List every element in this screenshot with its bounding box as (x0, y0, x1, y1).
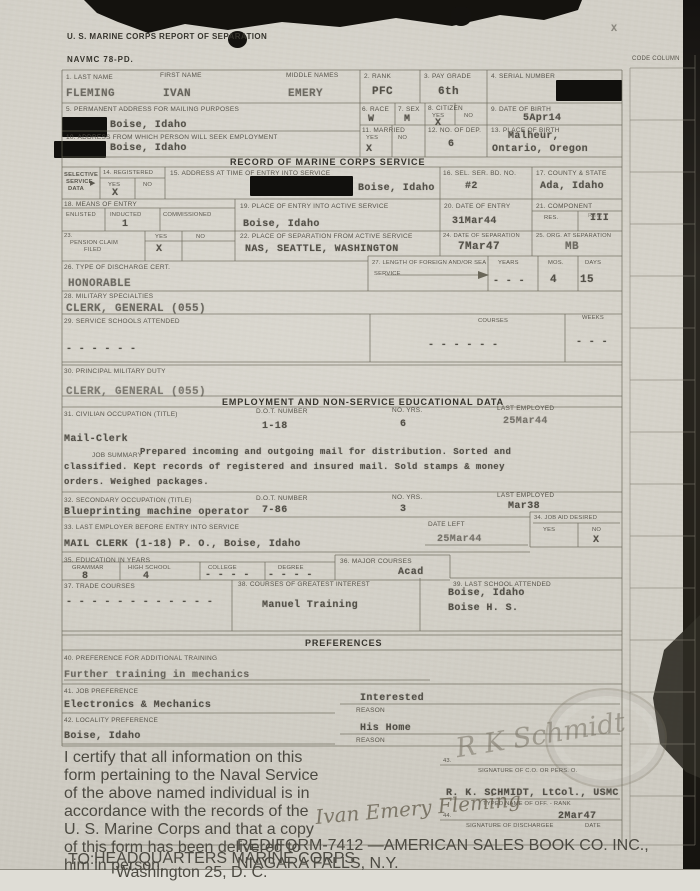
weeks-value: - - - (576, 337, 608, 348)
f42-reason-value: His Home (360, 723, 411, 734)
f12-label: 12. NO. OF DEP. (428, 127, 481, 134)
f37-value: - - - - - - - - - - - - (66, 597, 213, 608)
to-label: TO: (68, 851, 94, 869)
f29-courses-header: COURSES (478, 318, 508, 324)
f41-value: Electronics & Mechanics (64, 700, 211, 711)
f32-label: 32. SECONDARY OCCUPATION (TITLE) (64, 497, 192, 504)
f6-label: 6. RACE (362, 106, 389, 113)
f17-value: Ada, Idaho (540, 181, 604, 192)
f28-value: CLERK, GENERAL (055) (66, 303, 206, 315)
corner-check-mark: X (611, 24, 617, 35)
arrow-right-icon: ▶ (90, 180, 96, 188)
pay-grade-value: 6th (438, 86, 459, 98)
job-summary-label: JOB SUMMARY (92, 452, 142, 459)
f11-label: 11. MARRIED (362, 127, 405, 134)
middle-name-value: EMERY (288, 88, 323, 100)
f15-value: Boise, Idaho (358, 183, 435, 194)
addressee-city: Washington 25, D. C. (116, 864, 267, 882)
selective-service-label: SERVICE (66, 179, 93, 185)
f41-label: 41. JOB PREFERENCE (64, 688, 138, 695)
college-value: - - - - (205, 570, 250, 581)
f32-yrs-value: 3 (400, 504, 406, 515)
f29-label: 29. SERVICE SCHOOLS ATTENDED (64, 318, 180, 325)
f14-no-label: NO (143, 182, 152, 188)
f11-no-label: NO (398, 135, 407, 141)
f18-label: 18. MEANS OF ENTRY (64, 201, 137, 208)
job-summary-line1: Prepared incoming and outgoing mail for … (140, 448, 511, 458)
f20-label: 20. DATE OF ENTRY (444, 203, 511, 210)
scanned-separation-form: U. S. MARINE CORPS REPORT OF SEPARATION … (0, 0, 700, 891)
f5-value: Boise, Idaho (110, 120, 187, 131)
f28-label: 28. MILITARY SPECIALTIES (64, 293, 153, 300)
f34-label: 34. JOB AID DESIRED (534, 515, 597, 521)
dot-number-header: D.O.T. NUMBER (256, 408, 308, 415)
employment-section-banner: EMPLOYMENT AND NON-SERVICE EDUCATIONAL D… (222, 398, 504, 407)
f39-line1: Boise, Idaho (448, 588, 525, 599)
date-left-value: 25Mar44 (437, 534, 482, 545)
race-value: W (368, 114, 374, 125)
f41-reason-header: REASON (356, 707, 385, 714)
f25-value: MB (565, 241, 579, 253)
f23-label2: FILED (84, 247, 101, 253)
married-mark: X (366, 144, 372, 155)
f26-label: 26. TYPE OF DISCHARGE CERT. (64, 264, 170, 271)
f38-label: 38. COURSES OF GREATEST INTEREST (238, 581, 370, 588)
birth-date-value: 5Apr14 (523, 113, 561, 124)
foreign-service-years: - - - (493, 276, 525, 287)
f33-label: 33. LAST EMPLOYER BEFORE ENTRY INTO SERV… (64, 524, 239, 531)
f27-mos-header: MOS. (548, 260, 564, 266)
f43-number: 43. (443, 758, 452, 764)
f10-value: Boise, Idaho (110, 143, 187, 154)
f4-label: 4. SERIAL NUMBER (491, 73, 555, 80)
foreign-service-days: 15 (580, 274, 594, 286)
f8-label: 8. CITIZEN (428, 105, 463, 112)
f34-yes-label: YES (543, 527, 555, 533)
f26-value: HONORABLE (68, 278, 131, 290)
f15-label: 15. ADDRESS AT TIME OF ENTRY INTO SERVIC… (170, 170, 330, 177)
f42-label: 42. LOCALITY PREFERENCE (64, 717, 158, 724)
f3-label: 3. PAY GRADE (424, 73, 471, 80)
dependents-value: 6 (448, 139, 454, 150)
f30-label: 30. PRINCIPAL MILITARY DUTY (64, 368, 166, 375)
f32-last-value: Mar38 (508, 501, 540, 512)
courses-value: - - - - - - (428, 340, 498, 351)
f36-value: Acad (398, 567, 424, 578)
f27-label1: 27. LENGTH OF FOREIGN AND/OR SEA (372, 260, 486, 266)
f44-date-label: DATE (585, 823, 601, 829)
f30-value: CLERK, GENERAL (055) (66, 386, 206, 398)
f38-value: Manuel Training (262, 600, 358, 611)
date-left-header: DATE LEFT (428, 521, 465, 528)
f36-label: 36. MAJOR COURSES (340, 558, 412, 565)
f29-weeks-header: WEEKS (582, 315, 604, 321)
last-name-value: FLEMING (66, 88, 115, 100)
f39-line2: Boise H. S. (448, 603, 518, 614)
f5-label: 5. PERMANENT ADDRESS FOR MAILING PURPOSE… (66, 106, 239, 113)
component-value: III (590, 213, 609, 224)
f32-dot-value: 7-86 (262, 505, 288, 516)
f19-value: Boise, Idaho (243, 219, 320, 230)
form-number: NAVMC 78-PD. (67, 56, 134, 64)
f44-sig-label: SIGNATURE OF DISCHARGEE (466, 823, 554, 829)
job-summary-line2: classified. Kept records of registered a… (64, 463, 505, 473)
degree-value: - - - - (268, 570, 313, 581)
f42-reason-header: REASON (356, 737, 385, 744)
f23-label1: PENSION CLAIM (70, 240, 118, 246)
f16-value: #2 (465, 181, 478, 192)
no-yrs-header: NO. YRS. (392, 407, 422, 414)
high-school-value: 4 (143, 571, 149, 582)
last-employed-header: LAST EMPLOYED (497, 405, 554, 412)
f42-value: Boise, Idaho (64, 731, 141, 742)
f11-yes-label: YES (366, 135, 378, 141)
schools-value: - - - - - - (66, 344, 136, 355)
f2-label: 2. RANK (364, 73, 391, 80)
f27-years-header: YEARS (498, 260, 519, 266)
f25-label: 25. ORG. AT SEPARATION (536, 233, 611, 239)
f31-title-value: Mail-Clerk (64, 434, 128, 445)
f22-value: NAS, SEATTLE, WASHINGTON (245, 244, 399, 255)
sex-value: M (404, 114, 410, 125)
selective-service-label: DATA (68, 186, 84, 192)
f23-number: 23. (64, 233, 73, 239)
foreign-service-months: 4 (550, 274, 557, 286)
selective-service-label: SELECTIVE (64, 172, 98, 178)
f40-label: 40. PREFERENCE FOR ADDITIONAL TRAINING (64, 655, 217, 662)
f41-reason-value: Interested (360, 693, 424, 704)
f17-label: 17. COUNTY & STATE (536, 170, 607, 177)
f19-label: 19. PLACE OF ENTRY INTO ACTIVE SERVICE (240, 203, 388, 210)
last-employed-header: LAST EMPLOYED (497, 492, 554, 499)
no-yrs-header: NO. YRS. (392, 494, 422, 501)
f34-no-label: NO (592, 527, 601, 533)
rank-value: PFC (372, 86, 393, 98)
f18-inducted-label: INDUCTED (110, 212, 142, 218)
means-of-entry-mark: 1 (122, 219, 128, 230)
f14-label: 14. REGISTERED (103, 170, 153, 176)
f35-label: 35. EDUCATION IN YEARS (64, 557, 150, 564)
f31-last-value: 25Mar44 (503, 416, 548, 427)
f32-title-value: Blueprinting machine operator (64, 507, 250, 518)
registered-mark: X (112, 188, 118, 199)
job-aid-mark: X (593, 535, 599, 546)
f1-middle-label: MIDDLE NAMES (286, 72, 338, 79)
first-name-value: IVAN (163, 88, 191, 100)
f1-first-label: FIRST NAME (160, 72, 202, 79)
grammar-value: 8 (82, 571, 88, 582)
f27-label2: SERVICE (374, 271, 401, 277)
f27-days-header: DAYS (585, 260, 601, 266)
preferences-section-banner: PREFERENCES (305, 639, 382, 648)
f24-value: 7Mar47 (458, 241, 500, 253)
dot-number-header: D.O.T. NUMBER (256, 495, 308, 502)
f31-dot-value: 1-18 (262, 421, 288, 432)
f18-commissioned-label: COMMISSIONED (163, 212, 211, 218)
f16-label: 16. SEL. SER. BD. NO. (443, 170, 516, 177)
f44-number: 44. (443, 813, 452, 819)
service-section-banner: RECORD OF MARINE CORPS SERVICE (230, 158, 425, 167)
f31-yrs-value: 6 (400, 419, 406, 430)
f43-sig-label: SIGNATURE OF C.O. OR PERS. O. (478, 768, 577, 774)
f7-label: 7. SEX (398, 106, 420, 113)
f33-value: MAIL CLERK (1-18) P. O., Boise, Idaho (64, 539, 301, 550)
f37-label: 37. TRADE COURSES (64, 583, 135, 590)
birth-place-line2: Ontario, Oregon (492, 144, 588, 155)
f21-label: 21. COMPONENT (536, 203, 592, 210)
form-title: U. S. MARINE CORPS REPORT OF SEPARATION (67, 33, 267, 41)
pension-mark: X (156, 244, 162, 255)
f8-no-label: NO (464, 113, 473, 119)
discharge-date-value: 2Mar47 (558, 811, 596, 822)
f10-label: 10. ADDRESS FROM WHICH PERSON WILL SEEK … (66, 134, 278, 141)
f23-no-label: NO (196, 234, 205, 240)
f18-enlisted-label: ENLISTED (66, 212, 96, 218)
f20-value: 31Mar44 (452, 216, 497, 227)
f21-res-label: RES. (544, 215, 558, 221)
f40-value: Further training in mechanics (64, 670, 250, 681)
f23-yes-label: YES (155, 234, 167, 240)
code-column-label: CODE COLUMN (632, 56, 680, 63)
f31-label: 31. CIVILIAN OCCUPATION (TITLE) (64, 411, 178, 418)
f22-label: 22. PLACE OF SEPARATION FROM ACTIVE SERV… (240, 233, 413, 240)
f24-label: 24. DATE OF SEPARATION (443, 233, 520, 239)
job-summary-line3: orders. Weighed packages. (64, 478, 209, 488)
birth-place-line1: Malheur, (508, 131, 559, 142)
f1-label: 1. LAST NAME (66, 74, 113, 81)
